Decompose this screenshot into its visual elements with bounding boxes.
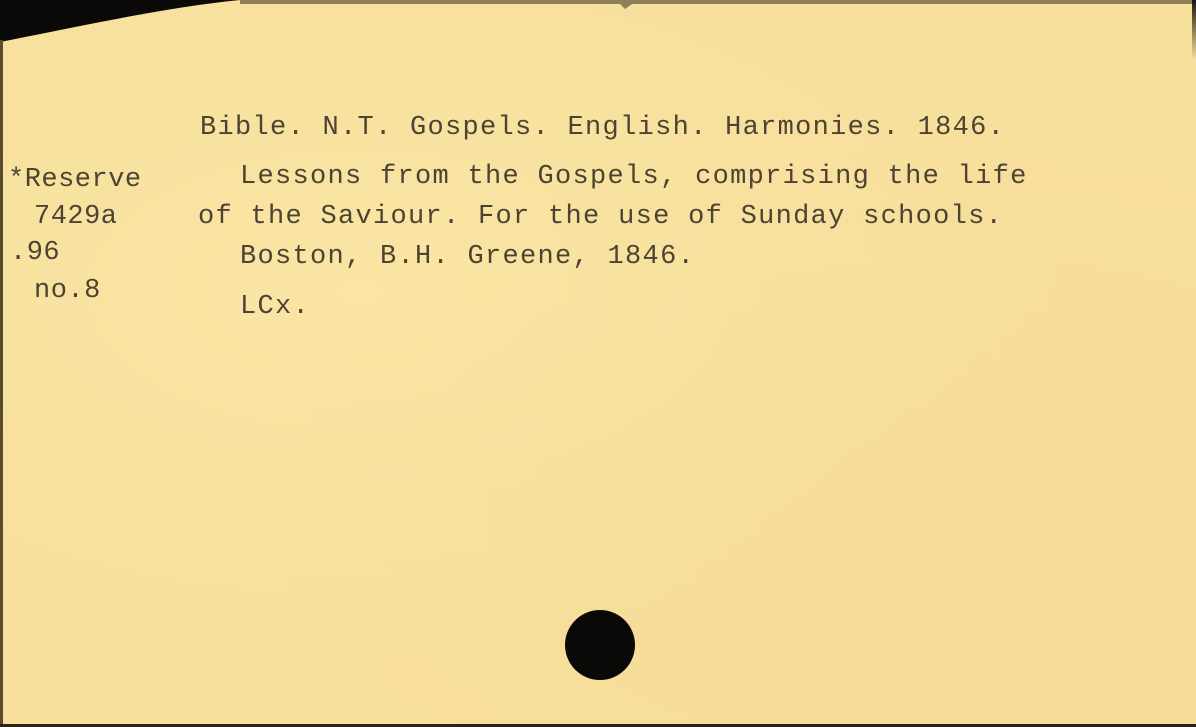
card-right-edge bbox=[1192, 0, 1196, 60]
scan-shadow bbox=[0, 0, 1196, 60]
call-number-subclass: .96 bbox=[10, 238, 60, 268]
card-left-edge bbox=[0, 40, 3, 727]
call-number-location: *Reserve bbox=[8, 165, 142, 195]
call-number-class: 7429a bbox=[34, 202, 118, 232]
punch-hole bbox=[565, 610, 635, 680]
catalog-card: *Reserve 7429a .96 no.8 Bible. N.T. Gosp… bbox=[0, 0, 1196, 727]
subject-heading: Bible. N.T. Gospels. English. Harmonies.… bbox=[200, 113, 1005, 143]
title-line-2: of the Saviour. For the use of Sunday sc… bbox=[198, 202, 1003, 232]
imprint-line: Boston, B.H. Greene, 1846. bbox=[240, 242, 695, 272]
call-number-item: no.8 bbox=[34, 276, 101, 306]
note-line: LCx. bbox=[240, 292, 310, 322]
title-line-1: Lessons from the Gospels, comprising the… bbox=[240, 162, 1028, 192]
